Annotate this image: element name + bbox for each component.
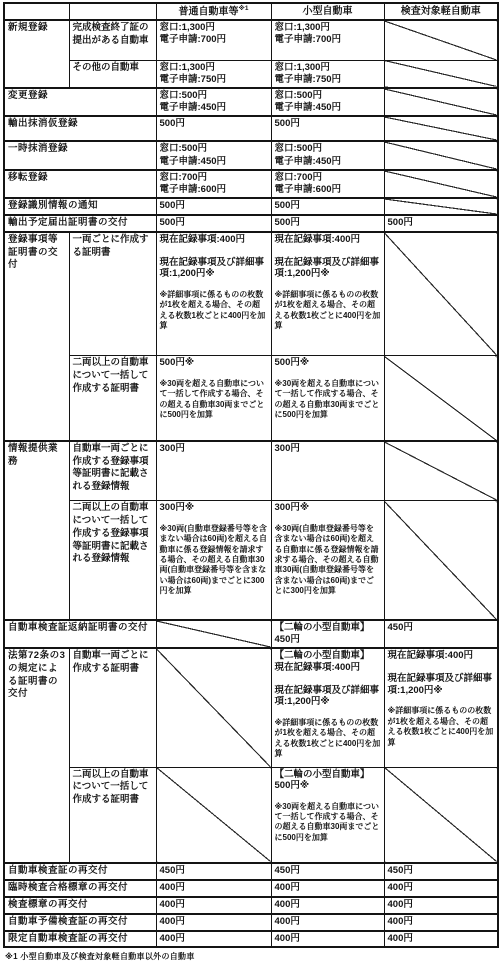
cell-toroku-jiko-a-kei-na bbox=[384, 232, 498, 356]
cell-joho-b-futsu: 300円※ ※30両(自動車登録番号等を含まない場合は60両)を超える自動車に係… bbox=[156, 501, 271, 620]
fee-note: ※30両を超える自動車について一括して作成する場合、その超える自動車30両までご… bbox=[275, 802, 381, 844]
corner-cell-1 bbox=[4, 3, 69, 20]
row-iten: 移転登録 窓口:700円 電子申請:600円 窓口:700円 電子申請:600円 bbox=[4, 170, 498, 198]
cell-hou72-a-kei: 現在記録事項:400円 現在記録事項及び詳細事項:1,200円※ ※詳細事項に係… bbox=[384, 648, 498, 767]
cell-yushutsu-yotei-kogata: 500円 bbox=[271, 215, 384, 232]
cell-toroku-jiko-a-kogata: 現在記録事項:400円 現在記録事項及び詳細事項:1,200円※ ※詳細事項に係… bbox=[271, 232, 384, 356]
cell-yushutsu-yotei-label: 輸出予定届出証明書の交付 bbox=[4, 215, 156, 232]
fee-main: 現在記録事項:400円 現在記録事項及び詳細事項:1,200円※ bbox=[160, 234, 268, 280]
fee-main: 【二輪の小型自動車】 現在記録事項:400円 現在記録事項及び詳細事項:1,20… bbox=[275, 650, 381, 708]
cell-shikibetsu-label: 登録識別情報の通知 bbox=[4, 198, 156, 215]
cell-gentei-sai-label: 限定自動車検査証の再交付 bbox=[4, 931, 156, 948]
row-kensasho-sai: 自動車検査証の再交付 450円 450円 450円 bbox=[4, 863, 498, 880]
cell-hou72-b-sub: 二両以上の自動車について一括して作成する証明書 bbox=[69, 767, 156, 863]
fee-table: 普通自動車等※1 小型自動車 検査対象軽自動車 新規登録 完成検査終了証の提出が… bbox=[3, 2, 499, 948]
cell-joho-b-sub: 二両以上の自動車について一括して作成する登録事項等証明書に記載される登録情報 bbox=[69, 501, 156, 620]
cell-hyosho-sai-label: 検査標章の再交付 bbox=[4, 897, 156, 914]
cell-hou72-b-futsu-na bbox=[156, 767, 271, 863]
cell-joho-b-kogata: 300円※ ※30両(自動車登録番号等を含まない場合は60両)を超える自動車に係… bbox=[271, 501, 384, 620]
cell-rinji-sai-kei: 400円 bbox=[384, 880, 498, 897]
fee-main: 【二輪の小型自動車】 500円※ bbox=[275, 769, 381, 792]
cell-hennou-kogata: 【二輪の小型自動車】 450円 bbox=[271, 620, 384, 648]
row-toroku-jiko-b: 二両以上の自動車について一括して作成する証明書 500円※ ※30両を超える自動… bbox=[4, 356, 498, 441]
fee-main: 現在記録事項:400円 現在記録事項及び詳細事項:1,200円※ bbox=[388, 650, 495, 696]
cell-joho-a-futsu: 300円 bbox=[156, 441, 271, 501]
row-ichiji-masho: 一時抹消登録 窓口:500円 電子申請:450円 窓口:500円 電子申請:45… bbox=[4, 141, 498, 169]
col-header-futsu-label: 普通自動車等 bbox=[179, 6, 239, 17]
cell-toroku-jiko-b-kogata: 500円※ ※30両を超える自動車について一括して作成する場合、その超える自動車… bbox=[271, 356, 384, 441]
col-header-kei: 検査対象軽自動車 bbox=[384, 3, 498, 20]
cell-yobi-sai-label: 自動車予備検査証の再交付 bbox=[4, 914, 156, 931]
fee-main: 300円※ bbox=[160, 502, 268, 514]
cell-henko-futsu: 窓口:500円 電子申請:450円 bbox=[156, 88, 271, 116]
cell-joho-a-sub: 自動車一両ごとに作成する登録事項等証明書に記載される登録情報 bbox=[69, 441, 156, 501]
cell-rinji-sai-kogata: 400円 bbox=[271, 880, 384, 897]
cell-toroku-jiko-a-futsu: 現在記録事項:400円 現在記録事項及び詳細事項:1,200円※ ※詳細事項に係… bbox=[156, 232, 271, 356]
row-shinki-a: 新規登録 完成検査終了証の提出がある自動車 窓口:1,300円 電子申請:700… bbox=[4, 20, 498, 60]
cell-yushutsu-masho-kogata: 500円 bbox=[271, 116, 384, 141]
fee-main: 300円※ bbox=[275, 502, 381, 514]
cell-kensasho-sai-kei: 450円 bbox=[384, 863, 498, 880]
cell-kensasho-sai-futsu: 450円 bbox=[156, 863, 271, 880]
cell-henko-kogata: 窓口:500円 電子申請:450円 bbox=[271, 88, 384, 116]
cell-hennou-label: 自動車検査証返納証明書の交付 bbox=[4, 620, 156, 648]
cell-hou72-b-kei-na bbox=[384, 767, 498, 863]
fee-note: ※詳細事項に係るものの枚数が1枚を超える場合、その超える枚数1枚ごとに400円を… bbox=[275, 290, 381, 332]
fee-main: 500円※ bbox=[275, 357, 381, 369]
cell-yobi-sai-kogata: 400円 bbox=[271, 914, 384, 931]
cell-yushutsu-masho-label: 輸出抹消仮登録 bbox=[4, 116, 156, 141]
cell-hyosho-sai-kogata: 400円 bbox=[271, 897, 384, 914]
footnote: ※1 小型自動車及び検査対象軽自動車以外の自動車 bbox=[5, 951, 497, 962]
fee-note: ※30両(自動車登録番号等を含まない場合は60両)を超える自動車に係る登録情報を… bbox=[160, 524, 268, 597]
cell-kensasho-sai-kogata: 450円 bbox=[271, 863, 384, 880]
cell-gentei-sai-kogata: 400円 bbox=[271, 931, 384, 948]
cell-kensasho-sai-label: 自動車検査証の再交付 bbox=[4, 863, 156, 880]
row-yushutsu-yotei: 輸出予定届出証明書の交付 500円 500円 500円 bbox=[4, 215, 498, 232]
cell-toroku-jiko-a-sub: 一両ごとに作成する証明書 bbox=[69, 232, 156, 356]
cell-iten-kogata: 窓口:700円 電子申請:600円 bbox=[271, 170, 384, 198]
cell-hou72-a-kogata: 【二輪の小型自動車】 現在記録事項:400円 現在記録事項及び詳細事項:1,20… bbox=[271, 648, 384, 767]
cell-joho-label: 情報提供業務 bbox=[4, 441, 69, 620]
row-gentei-sai: 限定自動車検査証の再交付 400円 400円 400円 bbox=[4, 931, 498, 948]
cell-gentei-sai-kei: 400円 bbox=[384, 931, 498, 948]
cell-hyosho-sai-futsu: 400円 bbox=[156, 897, 271, 914]
row-henko: 変更登録 窓口:500円 電子申請:450円 窓口:500円 電子申請:450円 bbox=[4, 88, 498, 116]
fee-main: 500円※ bbox=[160, 357, 268, 369]
fee-note: ※30両(自動車登録番号等を含まない場合は60両)を超える自動車に係る登録情報を… bbox=[275, 524, 381, 597]
row-yushutsu-masho: 輸出抹消仮登録 500円 500円 bbox=[4, 116, 498, 141]
cell-shikibetsu-kei-na bbox=[384, 198, 498, 215]
row-joho-b: 二両以上の自動車について一括して作成する登録事項等証明書に記載される登録情報 3… bbox=[4, 501, 498, 620]
page: 普通自動車等※1 小型自動車 検査対象軽自動車 新規登録 完成検査終了証の提出が… bbox=[0, 0, 500, 962]
cell-henko-kei-na bbox=[384, 88, 498, 116]
fee-note: ※詳細事項に係るものの枚数が1枚を超える場合、その超える枚数1枚ごとに400円を… bbox=[275, 718, 381, 760]
cell-shinki-label: 新規登録 bbox=[4, 20, 69, 88]
col-header-kogata: 小型自動車 bbox=[271, 3, 384, 20]
cell-hennou-futsu-na bbox=[156, 620, 271, 648]
cell-shinki-b-sub: その他の自動車 bbox=[69, 60, 156, 88]
cell-gentei-sai-futsu: 400円 bbox=[156, 931, 271, 948]
cell-joho-b-kei-na bbox=[384, 501, 498, 620]
cell-iten-label: 移転登録 bbox=[4, 170, 156, 198]
corner-cell-2 bbox=[69, 3, 156, 20]
cell-toroku-jiko-b-sub: 二両以上の自動車について一括して作成する証明書 bbox=[69, 356, 156, 441]
fee-note: ※30両を超える自動車について一括して作成する場合、その超える自動車30両までご… bbox=[160, 379, 268, 421]
fee-note: ※詳細事項に係るものの枚数が1枚を超える場合、その超える枚数1枚ごとに400円を… bbox=[160, 290, 268, 332]
cell-ichiji-masho-kogata: 窓口:500円 電子申請:450円 bbox=[271, 141, 384, 169]
fee-note: ※30両を超える自動車について一括して作成する場合、その超える自動車30両までご… bbox=[275, 379, 381, 421]
row-shikibetsu: 登録識別情報の通知 500円 500円 bbox=[4, 198, 498, 215]
cell-yushutsu-masho-futsu: 500円 bbox=[156, 116, 271, 141]
row-hyosho-sai: 検査標章の再交付 400円 400円 400円 bbox=[4, 897, 498, 914]
cell-yushutsu-masho-kei-na bbox=[384, 116, 498, 141]
row-rinji-sai: 臨時検査合格標章の再交付 400円 400円 400円 bbox=[4, 880, 498, 897]
cell-toroku-jiko-label: 登録事項等証明書の交付 bbox=[4, 232, 69, 441]
cell-shinki-a-futsu: 窓口:1,300円 電子申請:700円 bbox=[156, 20, 271, 60]
row-shinki-b: その他の自動車 窓口:1,300円 電子申請:750円 窓口:1,300円 電子… bbox=[4, 60, 498, 88]
cell-shikibetsu-kogata: 500円 bbox=[271, 198, 384, 215]
cell-joho-a-kogata: 300円 bbox=[271, 441, 384, 501]
cell-yobi-sai-futsu: 400円 bbox=[156, 914, 271, 931]
cell-ichiji-masho-kei-na bbox=[384, 141, 498, 169]
cell-hou72-b-kogata: 【二輪の小型自動車】 500円※ ※30両を超える自動車について一括して作成する… bbox=[271, 767, 384, 863]
row-yobi-sai: 自動車予備検査証の再交付 400円 400円 400円 bbox=[4, 914, 498, 931]
row-hennou: 自動車検査証返納証明書の交付 【二輪の小型自動車】 450円 450円 bbox=[4, 620, 498, 648]
col-header-futsu-footnote-mark: ※1 bbox=[239, 5, 249, 12]
cell-shikibetsu-futsu: 500円 bbox=[156, 198, 271, 215]
cell-shinki-b-kei-na bbox=[384, 60, 498, 88]
fee-note: ※詳細事項に係るものの枚数が1枚を超える場合、その超える枚数1枚ごとに400円を… bbox=[388, 706, 495, 748]
row-hou72-a: 法第72条の3の規定による証明書の交付 自動車一両ごとに作成する証明書 【二輪の… bbox=[4, 648, 498, 767]
cell-yushutsu-yotei-futsu: 500円 bbox=[156, 215, 271, 232]
cell-shinki-b-kogata: 窓口:1,300円 電子申請:750円 bbox=[271, 60, 384, 88]
cell-ichiji-masho-futsu: 窓口:500円 電子申請:450円 bbox=[156, 141, 271, 169]
cell-rinji-sai-futsu: 400円 bbox=[156, 880, 271, 897]
cell-henko-label: 変更登録 bbox=[4, 88, 156, 116]
cell-hou72-a-sub: 自動車一両ごとに作成する証明書 bbox=[69, 648, 156, 767]
row-joho-a: 情報提供業務 自動車一両ごとに作成する登録事項等証明書に記載される登録情報 30… bbox=[4, 441, 498, 501]
cell-shinki-a-sub: 完成検査終了証の提出がある自動車 bbox=[69, 20, 156, 60]
row-toroku-jiko-a: 登録事項等証明書の交付 一両ごとに作成する証明書 現在記録事項:400円 現在記… bbox=[4, 232, 498, 356]
header-row: 普通自動車等※1 小型自動車 検査対象軽自動車 bbox=[4, 3, 498, 20]
cell-yobi-sai-kei: 400円 bbox=[384, 914, 498, 931]
cell-yushutsu-yotei-kei: 500円 bbox=[384, 215, 498, 232]
cell-iten-futsu: 窓口:700円 電子申請:600円 bbox=[156, 170, 271, 198]
col-header-futsu: 普通自動車等※1 bbox=[156, 3, 271, 20]
cell-hou72-a-futsu-na bbox=[156, 648, 271, 767]
cell-shinki-a-kei-na bbox=[384, 20, 498, 60]
cell-ichiji-masho-label: 一時抹消登録 bbox=[4, 141, 156, 169]
cell-toroku-jiko-b-kei-na bbox=[384, 356, 498, 441]
cell-hyosho-sai-kei: 400円 bbox=[384, 897, 498, 914]
cell-hou72-label: 法第72条の3の規定による証明書の交付 bbox=[4, 648, 69, 863]
fee-main: 現在記録事項:400円 現在記録事項及び詳細事項:1,200円※ bbox=[275, 234, 381, 280]
cell-shinki-a-kogata: 窓口:1,300円 電子申請:700円 bbox=[271, 20, 384, 60]
cell-toroku-jiko-b-futsu: 500円※ ※30両を超える自動車について一括して作成する場合、その超える自動車… bbox=[156, 356, 271, 441]
cell-hennou-kei: 450円 bbox=[384, 620, 498, 648]
cell-joho-a-kei-na bbox=[384, 441, 498, 501]
cell-iten-kei-na bbox=[384, 170, 498, 198]
row-hou72-b: 二両以上の自動車について一括して作成する証明書 【二輪の小型自動車】 500円※… bbox=[4, 767, 498, 863]
cell-rinji-sai-label: 臨時検査合格標章の再交付 bbox=[4, 880, 156, 897]
cell-shinki-b-futsu: 窓口:1,300円 電子申請:750円 bbox=[156, 60, 271, 88]
